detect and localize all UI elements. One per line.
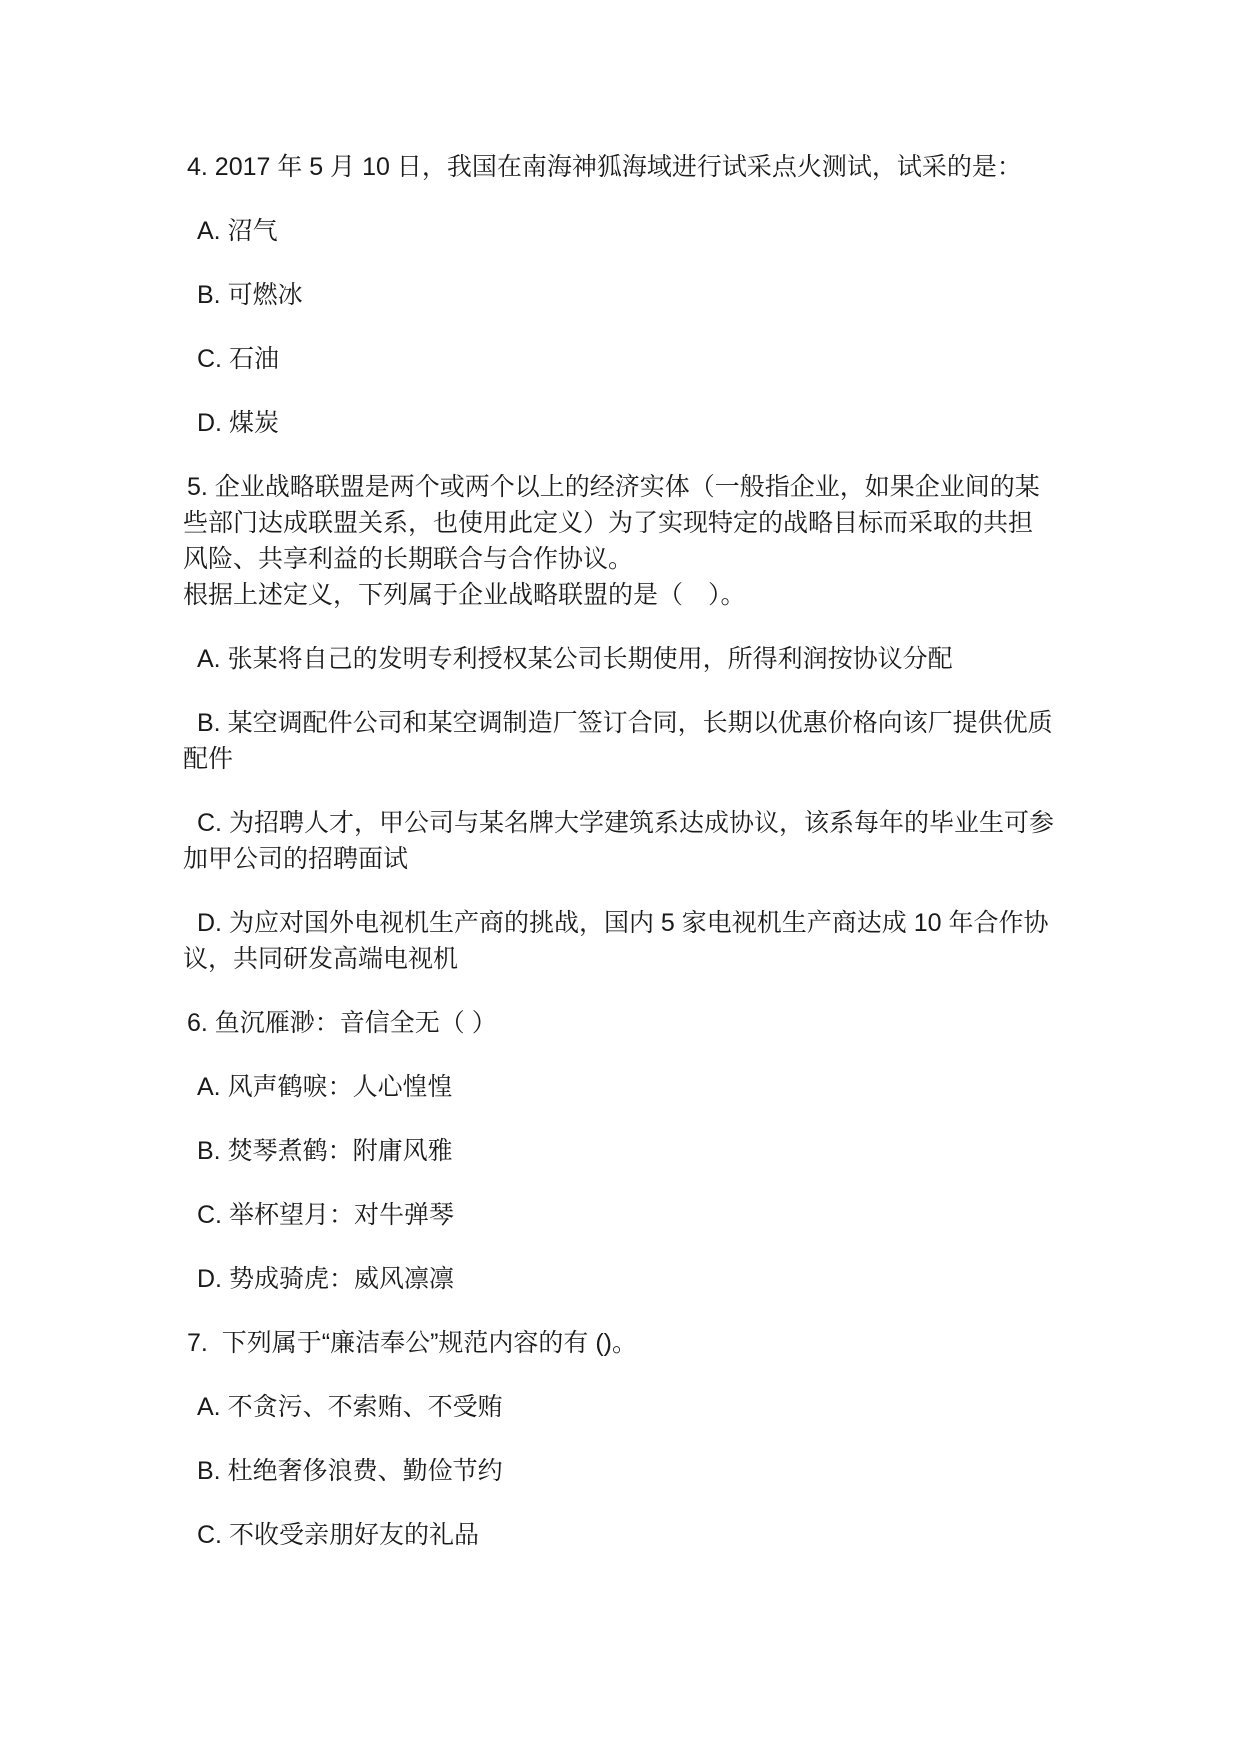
option-line: B. 焚琴煮鹤：附庸风雅 bbox=[183, 1133, 1093, 1169]
question-6: 6. 鱼沉雁渺：音信全无（ ） A. 风声鹤唳：人心惶惶 B. 焚琴煮鹤：附庸风… bbox=[183, 1005, 1093, 1297]
option-line: A. 风声鹤唳：人心惶惶 bbox=[183, 1069, 1093, 1105]
question-stem-line: 6. 鱼沉雁渺：音信全无（ ） bbox=[183, 1005, 1093, 1041]
question-5-option-d: D. 为应对国外电视机生产商的挑战，国内 5 家电视机生产商达成 10 年合作协… bbox=[183, 905, 1093, 977]
option-line: C. 举杯望月：对牛弹琴 bbox=[183, 1197, 1093, 1233]
question-4-option-d: D. 煤炭 bbox=[183, 405, 1093, 441]
option-line: B. 可燃冰 bbox=[183, 277, 1093, 313]
option-line: C. 石油 bbox=[183, 341, 1093, 377]
exam-content: 4. 2017 年 5 月 10 日，我国在南海神狐海域进行试采点火测试，试采的… bbox=[183, 149, 1093, 1581]
question-7-stem: 7. 下列属于“廉洁奉公”规范内容的有 ()。 bbox=[183, 1325, 1093, 1361]
option-line: B. 某空调配件公司和某空调制造厂签订合同，长期以优惠价格向该厂提供优质 bbox=[183, 705, 1093, 741]
option-line: A. 不贪污、不索贿、不受贿 bbox=[183, 1389, 1093, 1425]
question-5: 5. 企业战略联盟是两个或两个以上的经济实体（一般指企业，如果企业间的某 些部门… bbox=[183, 469, 1093, 977]
question-stem-line: 风险、共享利益的长期联合与合作协议。 bbox=[183, 541, 1093, 577]
question-6-option-a: A. 风声鹤唳：人心惶惶 bbox=[183, 1069, 1093, 1105]
question-stem-line: 7. 下列属于“廉洁奉公”规范内容的有 ()。 bbox=[183, 1325, 1093, 1361]
question-5-option-a: A. 张某将自己的发明专利授权某公司长期使用，所得利润按协议分配 bbox=[183, 641, 1093, 677]
question-stem-line: 根据上述定义，下列属于企业战略联盟的是（ ）。 bbox=[183, 577, 1093, 613]
option-line: C. 为招聘人才，甲公司与某名牌大学建筑系达成协议，该系每年的毕业生可参 bbox=[183, 805, 1093, 841]
option-line: C. 不收受亲朋好友的礼品 bbox=[183, 1517, 1093, 1553]
question-7: 7. 下列属于“廉洁奉公”规范内容的有 ()。 A. 不贪污、不索贿、不受贿 B… bbox=[183, 1325, 1093, 1553]
question-4-option-a: A. 沼气 bbox=[183, 213, 1093, 249]
option-line: B. 杜绝奢侈浪费、勤俭节约 bbox=[183, 1453, 1093, 1489]
question-7-option-a: A. 不贪污、不索贿、不受贿 bbox=[183, 1389, 1093, 1425]
question-4-option-b: B. 可燃冰 bbox=[183, 277, 1093, 313]
question-stem-line: 些部门达成联盟关系，也使用此定义）为了实现特定的战略目标而采取的共担 bbox=[183, 505, 1093, 541]
option-line: A. 沼气 bbox=[183, 213, 1093, 249]
exam-page: 4. 2017 年 5 月 10 日，我国在南海神狐海域进行试采点火测试，试采的… bbox=[0, 0, 1240, 1753]
question-5-stem: 5. 企业战略联盟是两个或两个以上的经济实体（一般指企业，如果企业间的某 些部门… bbox=[183, 469, 1093, 613]
option-line: 配件 bbox=[183, 741, 1093, 777]
question-6-option-b: B. 焚琴煮鹤：附庸风雅 bbox=[183, 1133, 1093, 1169]
question-7-option-c: C. 不收受亲朋好友的礼品 bbox=[183, 1517, 1093, 1553]
question-5-option-b: B. 某空调配件公司和某空调制造厂签订合同，长期以优惠价格向该厂提供优质 配件 bbox=[183, 705, 1093, 777]
option-line: D. 煤炭 bbox=[183, 405, 1093, 441]
question-stem-line: 4. 2017 年 5 月 10 日，我国在南海神狐海域进行试采点火测试，试采的… bbox=[183, 149, 1093, 185]
option-line: D. 势成骑虎：威风凛凛 bbox=[183, 1261, 1093, 1297]
option-line: 加甲公司的招聘面试 bbox=[183, 841, 1093, 877]
question-6-option-c: C. 举杯望月：对牛弹琴 bbox=[183, 1197, 1093, 1233]
question-7-option-b: B. 杜绝奢侈浪费、勤俭节约 bbox=[183, 1453, 1093, 1489]
question-4: 4. 2017 年 5 月 10 日，我国在南海神狐海域进行试采点火测试，试采的… bbox=[183, 149, 1093, 441]
option-line: D. 为应对国外电视机生产商的挑战，国内 5 家电视机生产商达成 10 年合作协 bbox=[183, 905, 1093, 941]
option-line: A. 张某将自己的发明专利授权某公司长期使用，所得利润按协议分配 bbox=[183, 641, 1093, 677]
option-line: 议，共同研发高端电视机 bbox=[183, 941, 1093, 977]
question-5-option-c: C. 为招聘人才，甲公司与某名牌大学建筑系达成协议，该系每年的毕业生可参 加甲公… bbox=[183, 805, 1093, 877]
question-6-option-d: D. 势成骑虎：威风凛凛 bbox=[183, 1261, 1093, 1297]
question-stem-line: 5. 企业战略联盟是两个或两个以上的经济实体（一般指企业，如果企业间的某 bbox=[183, 469, 1093, 505]
question-4-option-c: C. 石油 bbox=[183, 341, 1093, 377]
question-6-stem: 6. 鱼沉雁渺：音信全无（ ） bbox=[183, 1005, 1093, 1041]
question-4-stem: 4. 2017 年 5 月 10 日，我国在南海神狐海域进行试采点火测试，试采的… bbox=[183, 149, 1093, 185]
